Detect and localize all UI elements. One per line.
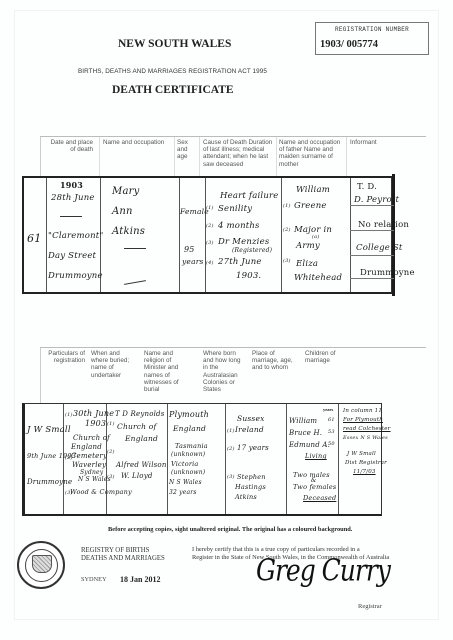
col-header-name-occupation: Name and occupation xyxy=(103,139,171,146)
colony-2-duration: (unknown) xyxy=(171,469,205,476)
registrar-name: J W Small xyxy=(27,424,71,436)
father-surname: Greene xyxy=(294,200,327,212)
section2-header-row: Particulars of registration When and whe… xyxy=(40,347,426,403)
minister-religion-line2: England xyxy=(125,434,158,443)
act-subtitle: BIRTHS, DEATHS AND MARRIAGES REGISTRATIO… xyxy=(78,68,267,75)
spouse-surname: Atkins xyxy=(235,493,257,501)
issue-city: SYDNEY xyxy=(81,576,107,583)
section1-header-row: Date and place of death Name and occupat… xyxy=(40,136,426,176)
death-place-line1: "Claremont" xyxy=(48,230,103,242)
colony-1-duration: (unknown) xyxy=(171,451,205,458)
minister-name: T D Reynolds xyxy=(115,410,165,418)
witness-1: Alfred Wilson xyxy=(116,461,167,469)
informant-town: Drummoyne xyxy=(360,267,415,279)
last-seen-date: 27th June xyxy=(218,256,262,268)
duration-marker: (2) xyxy=(206,223,214,229)
children-living-label: Living xyxy=(305,452,327,460)
children-deceased-line3: Two females xyxy=(293,483,336,491)
section2-entry-table: J W Small 9th June 1903 Drummoyne (1) 30… xyxy=(22,403,382,516)
col-header-registration: Particulars of registration xyxy=(33,350,85,364)
minister-marker-3: (3) xyxy=(107,474,115,480)
cause-marker-1: (1) xyxy=(206,205,214,211)
col-header-children: Children of marriage xyxy=(305,350,353,364)
minister-religion-line1: Church of xyxy=(117,422,157,431)
registrar-signature: Greg Curry xyxy=(256,553,390,588)
marriage-marker-3: (3) xyxy=(227,474,235,480)
child-1-age: 61 xyxy=(328,417,335,423)
deceased-age-unit: years xyxy=(182,256,204,268)
cause-of-death: Heart failure xyxy=(220,190,279,202)
registry-name: REGISTRY OF BIRTHS DEATHS AND MARRIAGES xyxy=(81,547,165,562)
burial-place-line6: N S Wales xyxy=(78,476,111,483)
undertaker: Wood & Company xyxy=(70,488,132,496)
burial-year: 1903 xyxy=(85,418,106,430)
margin-note-line3: read Colchester xyxy=(343,426,391,432)
coat-of-arms-icon xyxy=(32,555,52,573)
colony-2: Victoria xyxy=(171,460,199,468)
minister-marker-1: (1) xyxy=(107,421,115,427)
child-3-name: Edmund A. xyxy=(289,441,330,449)
document-title: DEATH CERTIFICATE xyxy=(112,84,234,96)
signatory-title: Registrar xyxy=(358,603,382,610)
margin-note-line2: For Plymouth xyxy=(343,417,383,423)
deceased-age: 95 xyxy=(184,244,195,256)
children-deceased-label: Deceased xyxy=(303,494,336,502)
registry-line1: REGISTRY OF BIRTHS xyxy=(81,547,165,555)
burial-place-line3: Cemetery xyxy=(71,452,107,460)
burial-place-line1: Church of xyxy=(73,434,110,442)
mother-first-name: Eliza xyxy=(296,258,318,270)
mother-marker: (3) xyxy=(283,258,291,264)
col-header-sex-age: Sex and age xyxy=(177,139,191,161)
child-3-age: 50 xyxy=(328,441,335,447)
medical-attendant-note: (Registered) xyxy=(232,247,272,254)
burial-marker-1: (1) xyxy=(65,412,73,418)
birthplace-line2: England xyxy=(173,424,206,433)
col-header-informant: Informant xyxy=(350,139,410,146)
margin-note-line4: Essex N S Wales xyxy=(343,435,388,441)
authenticity-notice: Before accepting copies, sight unaltered… xyxy=(108,526,352,533)
informant-initials: T. D. xyxy=(357,181,377,193)
marriage-marker-2: (2) xyxy=(227,446,235,452)
father-name-marker: (1) xyxy=(283,203,291,209)
father-first-name: William xyxy=(296,184,330,196)
last-seen-year: 1903. xyxy=(236,270,261,282)
informant-relation: No relation xyxy=(358,219,409,231)
minister-marker-2: (2) xyxy=(107,449,115,455)
col-header-minister: Name and religion of Minister and names … xyxy=(144,350,192,393)
registration-number-label: REGISTRATION NUMBER xyxy=(316,26,428,33)
registration-place: Drummoyne xyxy=(27,476,72,488)
registry-seal: REGISTRY OF BIRTHS DEATHS AND MARRIAGES … xyxy=(17,541,65,589)
issue-date: 18 Jan 2012 xyxy=(120,575,160,584)
col-header-burial: When and where buried; name of undertake… xyxy=(91,350,137,379)
death-place-line3: Drummoyne xyxy=(48,270,103,282)
registry-line2: DEATHS AND MARRIAGES xyxy=(81,555,165,563)
col-header-date-place: Date and place of death xyxy=(47,139,93,153)
informant-name: D. Peyrott xyxy=(354,194,399,206)
father-occupation-cont: Army xyxy=(296,240,320,252)
mother-maiden-surname: Whitehead xyxy=(294,272,342,284)
last-seen-marker: (4) xyxy=(206,260,214,266)
deceased-middle-name: Ann xyxy=(112,206,133,218)
marriage-marker-1: (1) xyxy=(227,428,235,434)
deceased-first-name: Mary xyxy=(112,186,139,198)
informant-address: College St xyxy=(356,242,403,254)
state-title: NEW SOUTH WALES xyxy=(118,38,231,50)
burial-place-line2: England xyxy=(71,443,102,451)
colony-1: Tasmania xyxy=(175,442,208,450)
registration-number: 1903/ 005774 xyxy=(320,39,378,50)
death-place-line2: Day Street xyxy=(48,250,96,262)
marriage-place-line1: Sussex xyxy=(237,414,265,423)
children-years-label: years xyxy=(323,407,333,412)
death-year: 1903 xyxy=(60,179,83,191)
margin-note-line6: Dist Registrar xyxy=(345,460,387,466)
colony-3-duration: 32 years xyxy=(169,489,197,496)
child-2-name: Bruce H. xyxy=(289,429,322,437)
attendant-marker: (3) xyxy=(206,240,214,246)
registration-number-box: REGISTRATION NUMBER 1903/ 005774 xyxy=(315,22,429,55)
colony-3: N S Wales xyxy=(169,479,202,486)
entry-number: 61 xyxy=(27,232,41,245)
col-header-parents: Name and occupation of father Name and m… xyxy=(279,139,345,168)
birthplace-line1: Plymouth xyxy=(169,410,209,419)
col-header-marriage: Place of marriage, age, and to whom xyxy=(252,350,296,372)
death-certificate-page: NEW SOUTH WALES BIRTHS, DEATHS AND MARRI… xyxy=(0,0,453,640)
spouse-middle-name: Hastings xyxy=(235,483,266,491)
col-header-cause-of-death: Cause of Death Duration of last illness;… xyxy=(203,139,275,168)
col-header-birthplace: Where born and how long in the Australas… xyxy=(203,350,247,393)
spouse-first-name: Stephen xyxy=(237,473,266,481)
deceased-surname: Atkins xyxy=(112,226,145,238)
section1-entry-table: 61 1903 28th June "Claremont" Day Street… xyxy=(22,176,392,294)
cause-of-death-secondary: Senility xyxy=(218,203,252,215)
child-1-name: William xyxy=(289,417,317,425)
margin-note-line7: 11/7/03 xyxy=(353,469,376,475)
witness-2: W. Lloyd xyxy=(121,472,153,480)
death-date: 28th June xyxy=(51,192,95,204)
child-2-age: 53 xyxy=(328,429,335,435)
marriage-age: 17 years xyxy=(237,444,269,452)
illness-duration: 4 months xyxy=(218,220,260,232)
burial-place-line4: Waverley xyxy=(72,461,106,469)
father-occupation-marker: (2) xyxy=(283,227,291,233)
burial-place-line5: Sydney xyxy=(80,469,103,476)
margin-note-line5: J W Small xyxy=(347,451,376,457)
margin-note-line1: In column 11 xyxy=(343,408,382,414)
deceased-sex: Female xyxy=(180,206,209,218)
marriage-place-line2: Ireland xyxy=(235,425,264,434)
